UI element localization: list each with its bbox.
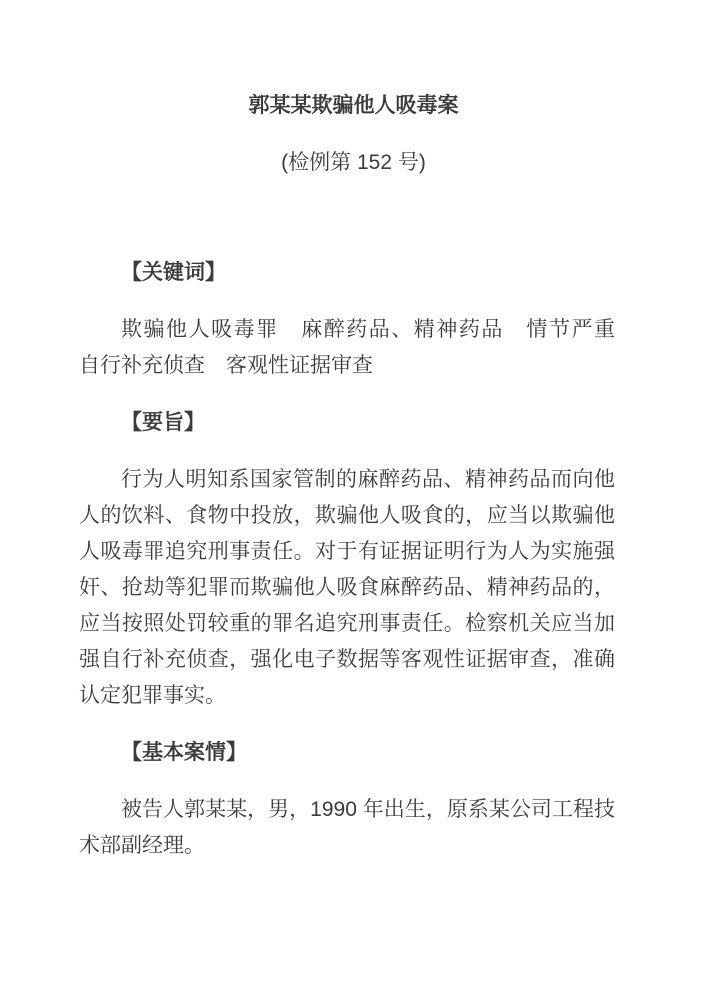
keywords-paragraph: 欺骗他人吸毒罪 麻醉药品、精神药品 情节严重 自行补充侦查 客观性证据审查 <box>79 312 615 384</box>
document-title: 郭某某欺骗他人吸毒案 <box>0 88 707 124</box>
case-number: (检例第 152 号) <box>0 145 707 181</box>
gist-paragraph: 行为人明知系国家管制的麻醉药品、精神药品而向他人的饮料、食物中投放，欺骗他人吸食… <box>79 462 615 714</box>
section-heading-basic-facts: 【基本案情】 <box>79 735 615 771</box>
document-page: 郭某某欺骗他人吸毒案 (检例第 152 号) 【关键词】 欺骗他人吸毒罪 麻醉药… <box>0 0 707 999</box>
section-heading-keywords: 【关键词】 <box>79 255 615 291</box>
basic-facts-paragraph: 被告人郭某某，男，1990 年出生，原系某公司工程技术部副经理。 <box>79 792 615 864</box>
section-heading-gist: 【要旨】 <box>79 405 615 441</box>
